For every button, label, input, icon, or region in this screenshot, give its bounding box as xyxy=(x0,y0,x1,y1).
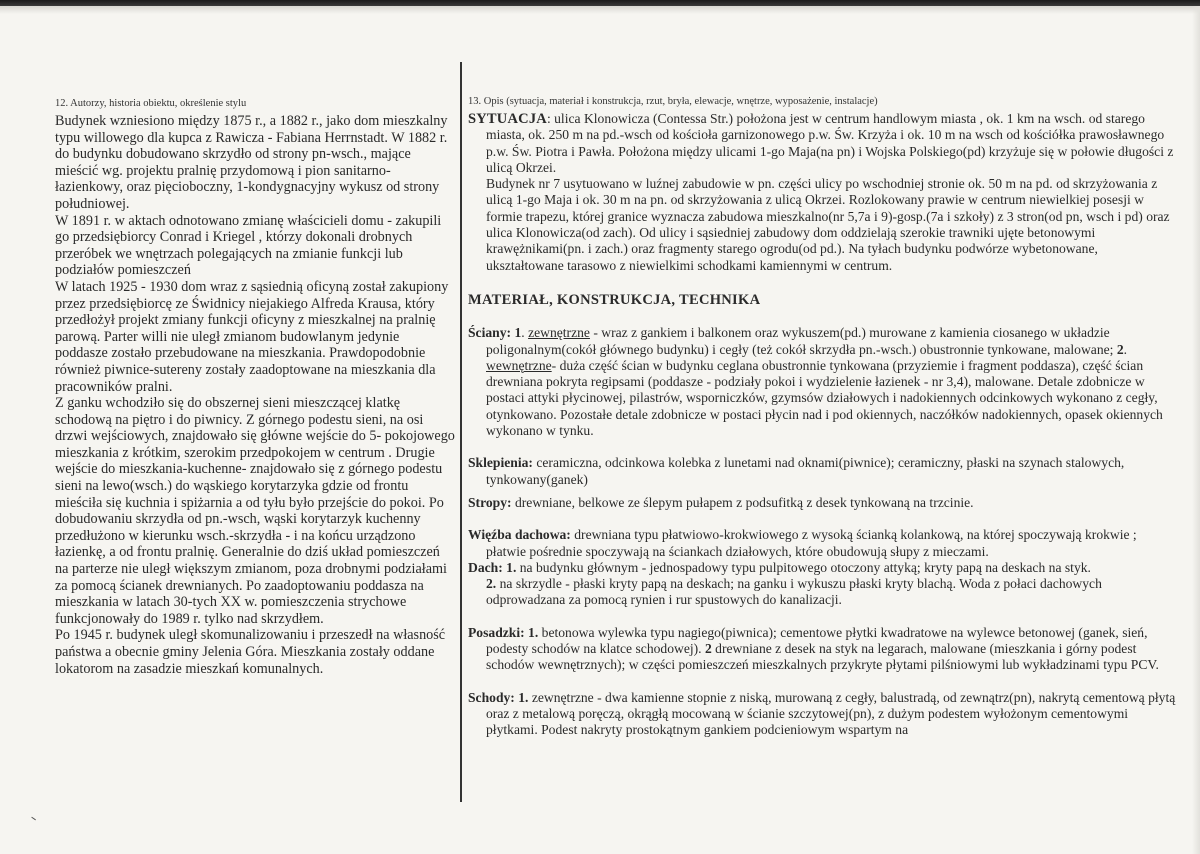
scan-top-shadow xyxy=(0,6,1200,14)
description-section: 13. Opis (sytuacja, materiał i konstrukc… xyxy=(468,95,1178,739)
wiezba-label: Więźba dachowa: xyxy=(468,527,571,542)
item-number: 2. xyxy=(486,576,496,591)
sciany-block: Ściany: 1. zewnętrzne - wraz z gankiem i… xyxy=(468,325,1178,439)
section-12-caption: 12. Autorzy, historia obiektu, określeni… xyxy=(55,97,455,110)
sciany-label: Ściany: xyxy=(468,325,511,340)
sytuacja-label: SYTUACJA xyxy=(468,111,547,127)
dach-block: Dach: 1. na budynku głównym - jednospado… xyxy=(468,560,1178,576)
posadzki-block: Posadzki: 1. betonowa wylewka typu nagie… xyxy=(468,625,1178,674)
wewnetrzne-term: wewnętrzne xyxy=(486,358,552,373)
item-number: 2 xyxy=(705,641,712,656)
history-section: 12. Autorzy, historia obiektu, określeni… xyxy=(55,97,455,677)
item-number: 1. xyxy=(525,625,539,640)
sklepienia-block: Sklepienia: ceramiczna, odcinkowa kolebk… xyxy=(468,455,1178,488)
item-number: 1. xyxy=(515,690,529,705)
material-heading: MATERIAŁ, KONSTRUKCJA, TECHNIKA xyxy=(468,292,1178,308)
stropy-label: Stropy: xyxy=(468,495,512,510)
dach-text-2: na skrzydle - płaski kryty papą na deska… xyxy=(486,576,1102,607)
zewnetrzne-term: zewnętrzne xyxy=(528,325,590,340)
sklepienia-text: ceramiczna, odcinkowa kolebka z lunetami… xyxy=(486,455,1124,486)
history-paragraph: Po 1945 r. budynek uległ skomunalizowani… xyxy=(55,627,455,677)
dach-text-1: na budynku głównym - jednospadowy typu p… xyxy=(516,560,1091,575)
history-text: Budynek wzniesiono między 1875 r., a 188… xyxy=(55,113,455,677)
history-paragraph: W latach 1925 - 1930 dom wraz z sąsiedni… xyxy=(55,279,455,395)
description-text: SYTUACJA: ulica Klonowicza (Contessa Str… xyxy=(468,111,1178,739)
history-paragraph: W 1891 r. w aktach odnotowano zmianę wła… xyxy=(55,213,455,279)
item-number: 2 xyxy=(1117,342,1124,357)
dach-label: Dach: xyxy=(468,560,503,575)
scan-right-edge xyxy=(1192,6,1200,854)
item-number: 1. xyxy=(503,560,517,575)
sciany-text-2: - duża część ścian w budynku ceglana obu… xyxy=(486,358,1163,438)
sklepienia-label: Sklepienia: xyxy=(468,455,533,470)
posadzki-label: Posadzki: xyxy=(468,625,525,640)
item-number: 1 xyxy=(514,325,521,340)
schody-text-1: zewnętrzne - dwa kamienne stopnie z nisk… xyxy=(486,690,1175,738)
sytuacja-building-text: Budynek nr 7 usytuowano w luźnej zabudow… xyxy=(468,176,1178,274)
history-paragraph: Z ganku wchodziło się do obszernej sieni… xyxy=(55,395,455,627)
scan-speck xyxy=(31,817,36,821)
sytuacja-block: SYTUACJA: ulica Klonowicza (Contessa Str… xyxy=(468,111,1178,176)
wiezba-text: drewniana typu płatwiowo-krokwiowego z w… xyxy=(486,527,1137,558)
history-paragraph: Budynek wzniesiono między 1875 r., a 188… xyxy=(55,113,455,213)
section-13-caption: 13. Opis (sytuacja, materiał i konstrukc… xyxy=(468,95,1178,108)
stropy-text: drewniane, belkowe ze ślepym pułapem z p… xyxy=(512,495,974,510)
column-divider xyxy=(460,62,462,802)
schody-block: Schody: 1. zewnętrzne - dwa kamienne sto… xyxy=(468,690,1178,739)
sytuacja-text: : ulica Klonowicza (Contessa Str.) położ… xyxy=(486,111,1173,175)
dach-block-2: 2. na skrzydle - płaski kryty papą na de… xyxy=(468,576,1178,609)
stropy-block: Stropy: drewniane, belkowe ze ślepym puł… xyxy=(468,495,1178,511)
wiezba-block: Więźba dachowa: drewniana typu płatwiowo… xyxy=(468,527,1178,560)
schody-label: Schody: xyxy=(468,690,515,705)
